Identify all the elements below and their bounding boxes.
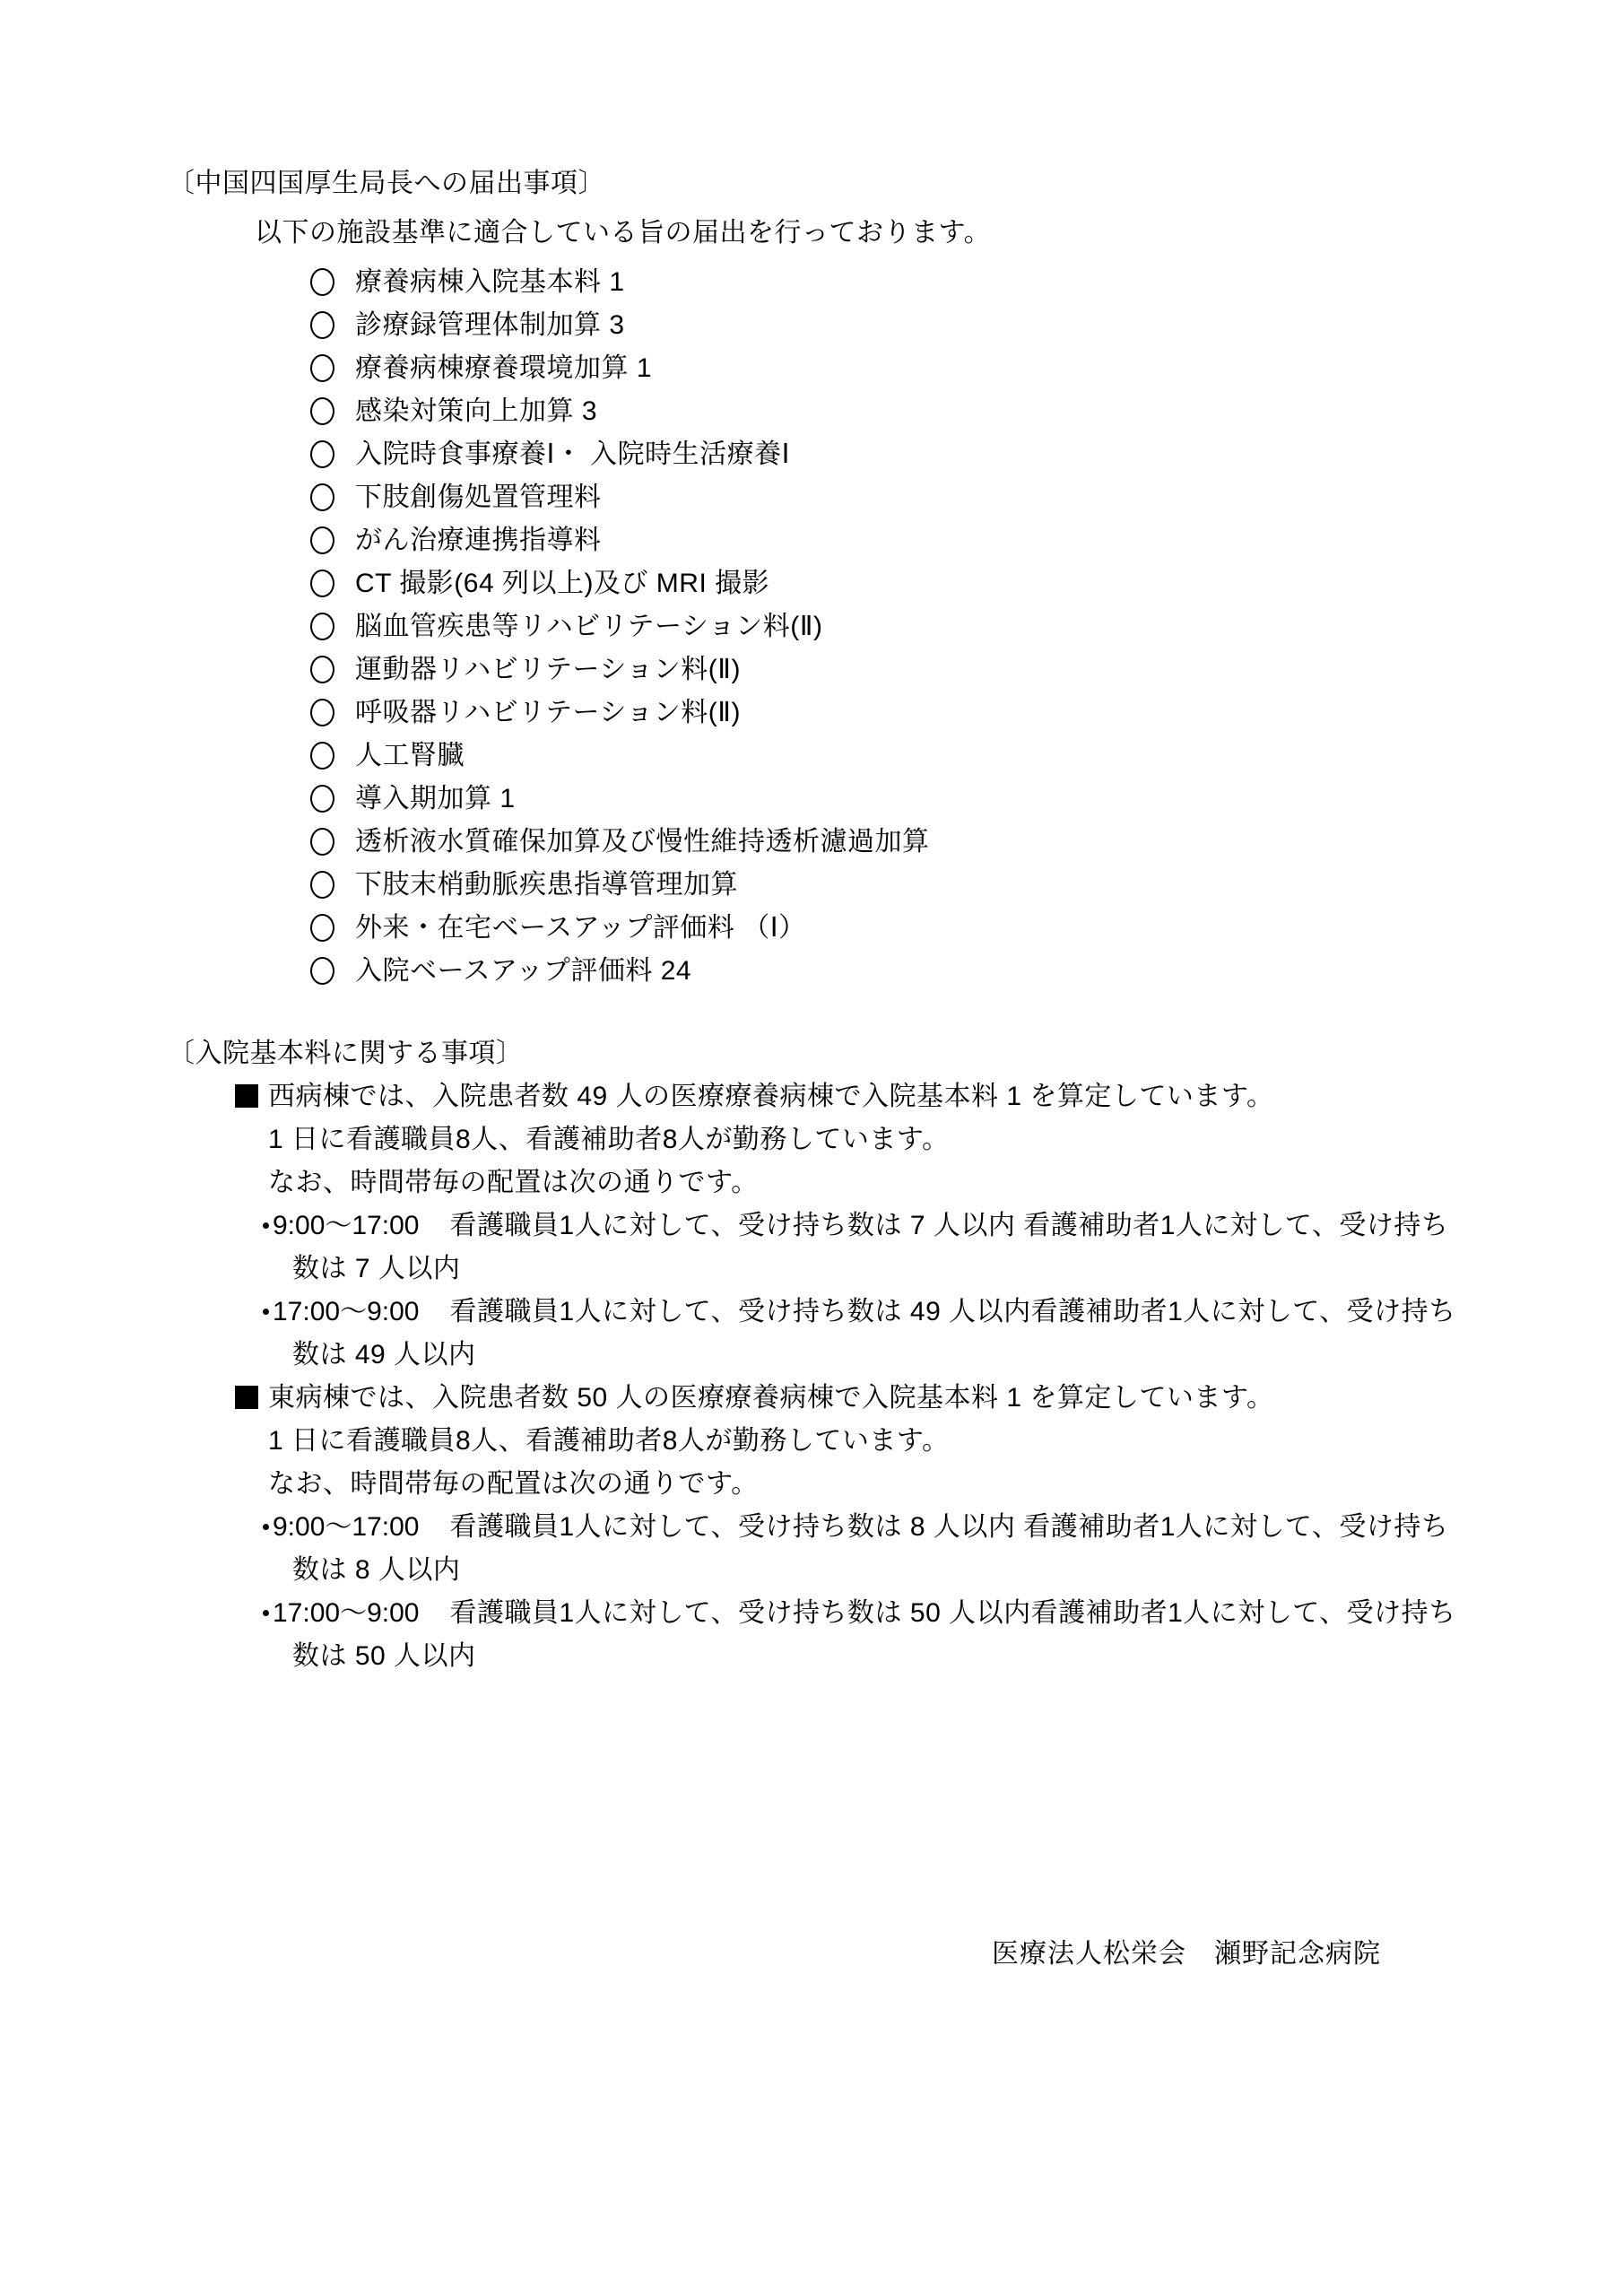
- circle-marker-icon: [310, 785, 334, 813]
- circle-marker-icon: [310, 656, 334, 683]
- circle-marker-icon: [310, 957, 334, 985]
- list-item: 入院ベースアップ評価料 24: [310, 954, 691, 988]
- ward-east-summary-row: 東病棟では、入院患者数 50 人の医療療養病棟で入院基本料 1 を算定しています…: [235, 1381, 1274, 1415]
- list-item-label: 下肢末梢動脈疾患指導管理加算: [355, 868, 738, 902]
- list-item: 脳血管疾患等リハビリテーション料(Ⅱ): [310, 610, 823, 644]
- list-item-label: 診療録管理体制加算 3: [355, 309, 625, 343]
- section1-intro: 以下の施設基準に適合している旨の届出を行っております。: [255, 216, 991, 250]
- shift-row: 17:00～9:00 看護職員1人に対して、受け持ち数は 50 人以内看護補助者…: [263, 1596, 1456, 1631]
- shift-time: 9:00～17:00: [273, 1209, 419, 1243]
- list-item-label: 感染対策向上加算 3: [355, 395, 597, 429]
- circle-marker-icon: [310, 526, 334, 554]
- shift-time: 17:00～9:00: [273, 1295, 419, 1329]
- list-item: 呼吸器リハビリテーション料(Ⅱ): [310, 696, 741, 730]
- list-item: 下肢創傷処置管理料: [310, 481, 602, 515]
- list-item: 人工腎臓: [310, 739, 465, 773]
- list-item: 下肢末梢動脈疾患指導管理加算: [310, 868, 738, 902]
- dot-marker-icon: [263, 1610, 269, 1616]
- document-page: 〔中国四国厚生局長への届出事項〕 以下の施設基準に適合している旨の届出を行ってお…: [0, 0, 1624, 2296]
- circle-marker-icon: [310, 268, 334, 296]
- shift-desc: 看護職員1人に対して、受け持ち数は 7 人以内 看護補助者1人に対して、受け持ち: [449, 1209, 1448, 1243]
- list-item: 療養病棟入院基本料 1: [310, 265, 625, 300]
- shift-desc: 看護職員1人に対して、受け持ち数は 8 人以内 看護補助者1人に対して、受け持ち: [449, 1510, 1448, 1544]
- list-item-label: 下肢創傷処置管理料: [355, 481, 602, 515]
- list-item: 運動器リハビリテーション料(Ⅱ): [310, 653, 741, 687]
- shift-row: 9:00～17:00 看護職員1人に対して、受け持ち数は 8 人以内 看護補助者…: [263, 1510, 1448, 1544]
- dot-marker-icon: [263, 1222, 269, 1229]
- hospital-signature: 医療法人松栄会 瀬野記念病院: [992, 1937, 1381, 1971]
- circle-marker-icon: [310, 871, 334, 899]
- circle-marker-icon: [310, 397, 334, 425]
- list-item: 診療録管理体制加算 3: [310, 309, 625, 343]
- shift-desc: 看護職員1人に対して、受け持ち数は 50 人以内看護補助者1人に対して、受け持ち: [449, 1596, 1455, 1631]
- dot-marker-icon: [263, 1309, 269, 1315]
- list-item-label: 入院時食事療養Ⅰ・ 入院時生活療養Ⅰ: [355, 438, 790, 472]
- circle-marker-icon: [310, 570, 334, 597]
- circle-marker-icon: [310, 914, 334, 942]
- list-item: 透析液水質確保加算及び慢性維持透析濾過加算: [310, 825, 930, 859]
- shift-desc-continuation: 数は 8 人以内: [292, 1553, 460, 1587]
- list-item: 療養病棟療養環境加算 1: [310, 352, 652, 386]
- shift-desc-continuation: 数は 50 人以内: [292, 1639, 476, 1674]
- list-item-label: がん治療連携指導料: [355, 524, 602, 558]
- list-item-label: 導入期加算 1: [355, 782, 516, 816]
- shift-time: 9:00～17:00: [273, 1510, 419, 1544]
- circle-marker-icon: [310, 828, 334, 856]
- shift-desc-continuation: 数は 7 人以内: [292, 1252, 460, 1286]
- square-marker-icon: [235, 1386, 258, 1409]
- ward-summary: 西病棟では、入院患者数 49 人の医療療養病棟で入院基本料 1 を算定しています…: [268, 1080, 1274, 1114]
- list-item-label: 療養病棟入院基本料 1: [355, 265, 625, 300]
- ward-staffing: 1 日に看護職員8人、看護補助者8人が勤務しています。: [268, 1424, 950, 1458]
- ward-note: なお、時間帯毎の配置は次の通りです。: [268, 1467, 759, 1501]
- list-item: CT 撮影(64 列以上)及び MRI 撮影: [310, 567, 769, 601]
- list-item: 導入期加算 1: [310, 782, 516, 816]
- list-item-label: 入院ベースアップ評価料 24: [355, 954, 691, 988]
- list-item-label: 運動器リハビリテーション料(Ⅱ): [355, 653, 741, 687]
- section2-heading: 〔入院基本料に関する事項〕: [168, 1037, 524, 1071]
- shift-row: 9:00～17:00 看護職員1人に対して、受け持ち数は 7 人以内 看護補助者…: [263, 1209, 1448, 1243]
- list-item: 入院時食事療養Ⅰ・ 入院時生活療養Ⅰ: [310, 438, 790, 472]
- ward-note: なお、時間帯毎の配置は次の通りです。: [268, 1166, 759, 1200]
- square-marker-icon: [235, 1084, 258, 1108]
- ward-summary: 東病棟では、入院患者数 50 人の医療療養病棟で入院基本料 1 を算定しています…: [268, 1381, 1274, 1415]
- list-item: がん治療連携指導料: [310, 524, 602, 558]
- circle-marker-icon: [310, 440, 334, 468]
- dot-marker-icon: [263, 1524, 269, 1530]
- list-item-label: CT 撮影(64 列以上)及び MRI 撮影: [355, 567, 769, 601]
- circle-marker-icon: [310, 613, 334, 640]
- shift-desc: 看護職員1人に対して、受け持ち数は 49 人以内看護補助者1人に対して、受け持ち: [449, 1295, 1455, 1329]
- circle-marker-icon: [310, 311, 334, 339]
- ward-staffing: 1 日に看護職員8人、看護補助者8人が勤務しています。: [268, 1123, 950, 1157]
- list-item: 感染対策向上加算 3: [310, 395, 597, 429]
- circle-marker-icon: [310, 354, 334, 382]
- circle-marker-icon: [310, 742, 334, 770]
- list-item-label: 療養病棟療養環境加算 1: [355, 352, 652, 386]
- list-item-label: 呼吸器リハビリテーション料(Ⅱ): [355, 696, 741, 730]
- list-item-label: 脳血管疾患等リハビリテーション料(Ⅱ): [355, 610, 823, 644]
- section1-heading: 〔中国四国厚生局長への届出事項〕: [168, 167, 605, 201]
- circle-marker-icon: [310, 483, 334, 511]
- list-item-label: 外来・在宅ベースアップ評価料 （Ⅰ）: [355, 911, 806, 945]
- shift-row: 17:00～9:00 看護職員1人に対して、受け持ち数は 49 人以内看護補助者…: [263, 1295, 1456, 1329]
- ward-west-summary-row: 西病棟では、入院患者数 49 人の医療療養病棟で入院基本料 1 を算定しています…: [235, 1080, 1274, 1114]
- list-item-label: 透析液水質確保加算及び慢性維持透析濾過加算: [355, 825, 930, 859]
- circle-marker-icon: [310, 699, 334, 726]
- shift-desc-continuation: 数は 49 人以内: [292, 1338, 476, 1372]
- list-item-label: 人工腎臓: [355, 739, 465, 773]
- shift-time: 17:00～9:00: [273, 1596, 419, 1631]
- list-item: 外来・在宅ベースアップ評価料 （Ⅰ）: [310, 911, 806, 945]
